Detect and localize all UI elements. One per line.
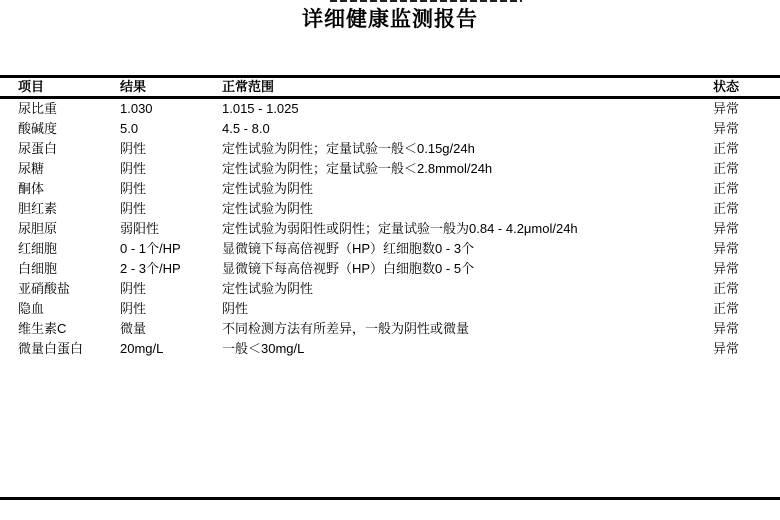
- cell-range: 定性试验为阴性；定量试验一般＜2.8mmol/24h: [222, 159, 492, 179]
- cell-item: 维生素C: [18, 319, 66, 339]
- table-row: 微量白蛋白 20mg/L 一般＜30mg/L 异常: [0, 339, 780, 359]
- cell-range: 定性试验为阴性: [222, 199, 313, 219]
- cell-item: 胆红素: [18, 199, 57, 219]
- cell-result: 阴性: [120, 139, 146, 159]
- cell-status: 异常: [713, 259, 739, 279]
- table-row: 尿蛋白 阴性 定性试验为阴性；定量试验一般＜0.15g/24h 正常: [0, 139, 780, 159]
- cell-status: 异常: [713, 319, 739, 339]
- column-header-range: 正常范围: [222, 78, 274, 96]
- cell-result: 阴性: [120, 199, 146, 219]
- cell-status: 正常: [713, 299, 739, 319]
- cell-result: 阴性: [120, 299, 146, 319]
- report-page: 详细健康监测报告 项目 结果 正常范围 状态 尿比重 1.030 1.015 -…: [0, 0, 780, 520]
- cell-result: 微量: [120, 319, 146, 339]
- cell-result: 阴性: [120, 179, 146, 199]
- cell-item: 隐血: [18, 299, 44, 319]
- cell-range: 1.015 - 1.025: [222, 99, 299, 119]
- table-bottom-rule: [0, 497, 780, 500]
- table-row: 隐血 阴性 阴性 正常: [0, 299, 780, 319]
- cell-item: 亚硝酸盐: [18, 279, 70, 299]
- report-title: 详细健康监测报告: [0, 8, 780, 32]
- cell-result: 阴性: [120, 279, 146, 299]
- column-header-result: 结果: [120, 78, 146, 96]
- table-row: 酮体 阴性 定性试验为阴性 正常: [0, 179, 780, 199]
- table-row: 尿胆原 弱阳性 定性试验为弱阳性或阴性；定量试验一般为0.84 - 4.2μmo…: [0, 219, 780, 239]
- cell-result: 1.030: [120, 99, 153, 119]
- cell-item: 白细胞: [18, 259, 57, 279]
- table-row: 白细胞 2 - 3个/HP 显微镜下每高倍视野（HP）白细胞数0 - 5个 异常: [0, 259, 780, 279]
- column-header-status: 状态: [713, 78, 739, 96]
- cell-status: 异常: [713, 339, 739, 359]
- cell-range: 定性试验为弱阳性或阴性；定量试验一般为0.84 - 4.2μmol/24h: [222, 219, 578, 239]
- cell-status: 正常: [713, 139, 739, 159]
- cell-range: 阴性: [222, 299, 248, 319]
- cell-range: 显微镜下每高倍视野（HP）白细胞数0 - 5个: [222, 259, 474, 279]
- cell-item: 微量白蛋白: [18, 339, 83, 359]
- cell-range: 4.5 - 8.0: [222, 119, 270, 139]
- cropped-text-fragment: [330, 0, 522, 2]
- cell-result: 弱阳性: [120, 219, 159, 239]
- cell-range: 显微镜下每高倍视野（HP）红细胞数0 - 3个: [222, 239, 474, 259]
- table-row: 胆红素 阴性 定性试验为阴性 正常: [0, 199, 780, 219]
- table-header-row: 项目 结果 正常范围 状态: [0, 78, 780, 96]
- cell-result: 20mg/L: [120, 339, 163, 359]
- cell-result: 阴性: [120, 159, 146, 179]
- cell-range: 定性试验为阴性；定量试验一般＜0.15g/24h: [222, 139, 475, 159]
- cell-range: 定性试验为阴性: [222, 179, 313, 199]
- table-row: 红细胞 0 - 1个/HP 显微镜下每高倍视野（HP）红细胞数0 - 3个 异常: [0, 239, 780, 259]
- table-body: 尿比重 1.030 1.015 - 1.025 异常 酸碱度 5.0 4.5 -…: [0, 99, 780, 359]
- cell-status: 正常: [713, 199, 739, 219]
- table-row: 亚硝酸盐 阴性 定性试验为阴性 正常: [0, 279, 780, 299]
- cell-item: 酮体: [18, 179, 44, 199]
- cell-range: 一般＜30mg/L: [222, 339, 304, 359]
- cell-result: 5.0: [120, 119, 138, 139]
- cell-status: 异常: [713, 219, 739, 239]
- cell-status: 异常: [713, 239, 739, 259]
- cell-status: 正常: [713, 159, 739, 179]
- cell-result: 2 - 3个/HP: [120, 259, 181, 279]
- cell-result: 0 - 1个/HP: [120, 239, 181, 259]
- cell-item: 尿胆原: [18, 219, 57, 239]
- cell-item: 尿蛋白: [18, 139, 57, 159]
- table-row: 维生素C 微量 不同检测方法有所差异，一般为阴性或微量 异常: [0, 319, 780, 339]
- cell-item: 尿糖: [18, 159, 44, 179]
- cell-item: 酸碱度: [18, 119, 57, 139]
- cell-range: 定性试验为阴性: [222, 279, 313, 299]
- cell-status: 正常: [713, 179, 739, 199]
- cell-range: 不同检测方法有所差异，一般为阴性或微量: [222, 319, 469, 339]
- cell-item: 尿比重: [18, 99, 57, 119]
- column-header-item: 项目: [18, 78, 44, 96]
- cell-status: 正常: [713, 279, 739, 299]
- cell-status: 异常: [713, 119, 739, 139]
- table-row: 尿比重 1.030 1.015 - 1.025 异常: [0, 99, 780, 119]
- table-row: 尿糖 阴性 定性试验为阴性；定量试验一般＜2.8mmol/24h 正常: [0, 159, 780, 179]
- table-row: 酸碱度 5.0 4.5 - 8.0 异常: [0, 119, 780, 139]
- cell-status: 异常: [713, 99, 739, 119]
- cell-item: 红细胞: [18, 239, 57, 259]
